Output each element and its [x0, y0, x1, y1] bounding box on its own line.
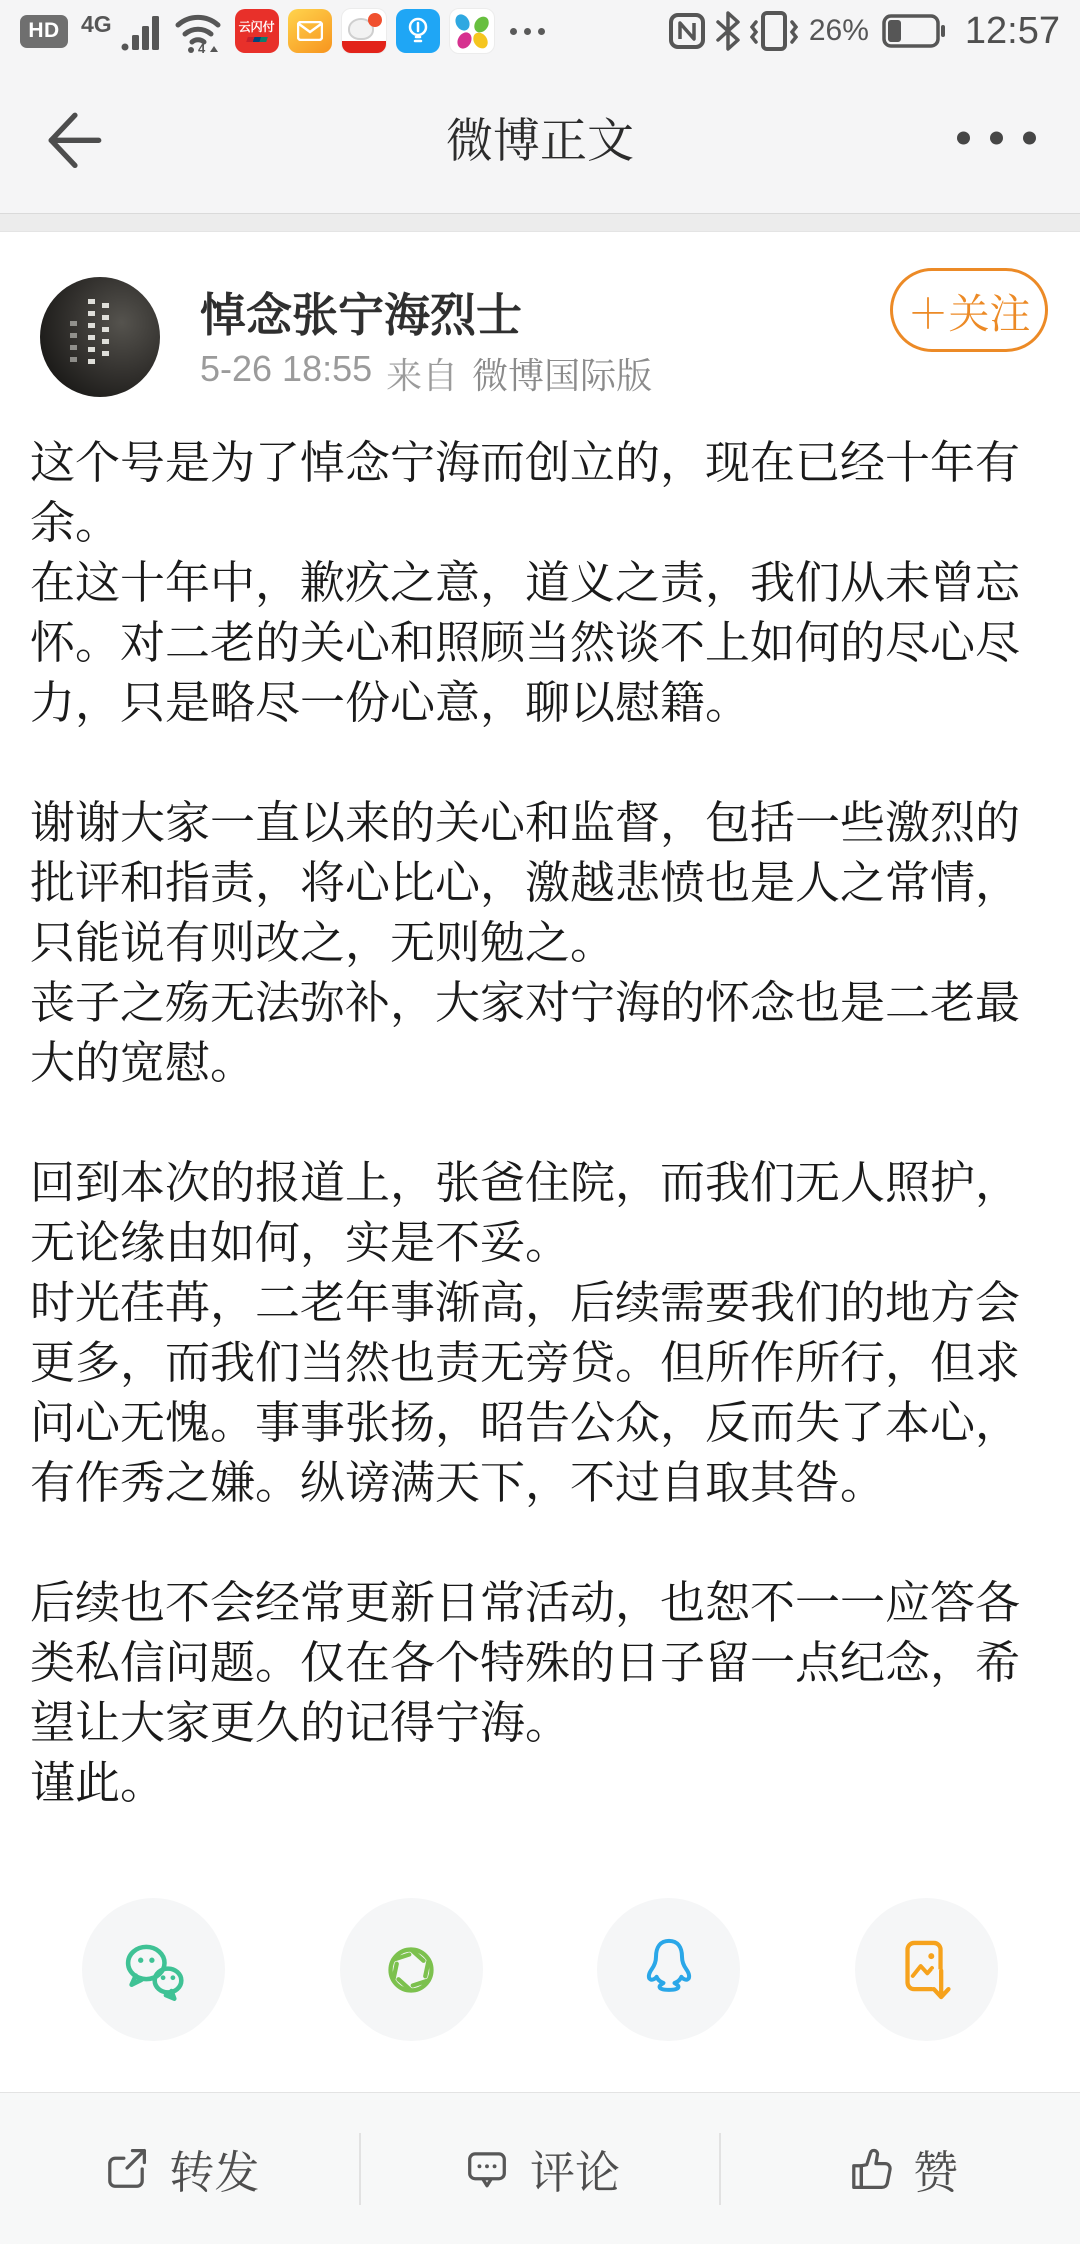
post-body-text: 这个号是为了悼念宁海而创立的，现在已经十年有余。 在这十年中，歉疚之意，道义之责…: [30, 433, 1050, 1813]
bottom-toolbar: 转发 评论 赞: [0, 2092, 1080, 2244]
section-divider: [0, 213, 1080, 232]
like-button[interactable]: 赞: [721, 2136, 1080, 2201]
post-source[interactable]: 微博国际版: [472, 348, 652, 399]
username[interactable]: 悼念张宁海烈士: [200, 279, 522, 345]
comment-icon: [460, 2142, 514, 2196]
share-moments-button[interactable]: [340, 1898, 483, 2041]
unionpay-app-icon: 云闪付: [235, 9, 279, 53]
promo-app-icon: [341, 8, 387, 54]
status-bar: HD 4G 4 云闪付: [0, 0, 1080, 62]
bulb-app-icon: [396, 9, 440, 53]
post-timestamp: 5-26 18:55: [200, 348, 372, 399]
qq-icon: [638, 1935, 700, 2005]
wechat-icon: [119, 1937, 189, 2003]
mail-app-icon: [288, 9, 332, 53]
more-menu-button[interactable]: [957, 131, 1036, 144]
wifi-icon: 4: [174, 9, 226, 53]
more-notifications-icon: [510, 28, 545, 35]
nav-bar: 微博正文: [0, 62, 1080, 213]
network-type-label: 4G: [81, 11, 112, 38]
nfc-icon: [668, 12, 706, 50]
share-qq-button[interactable]: [597, 1898, 740, 2041]
comment-label: 评论: [530, 2136, 620, 2201]
like-icon: [843, 2142, 897, 2196]
clock-label: 12:57: [965, 10, 1060, 53]
top-area: HD 4G 4 云闪付: [0, 0, 1080, 213]
moments-aperture-icon: [378, 1937, 444, 2003]
share-wechat-button[interactable]: [82, 1898, 225, 2041]
page-title: 微博正文: [446, 104, 634, 171]
hd-indicator-icon: HD: [20, 15, 68, 48]
share-row: [82, 1898, 998, 2041]
avatar[interactable]: [40, 277, 160, 397]
vibrate-icon: [750, 10, 798, 52]
signal-bars-icon: [121, 11, 165, 51]
repost-icon: [99, 2142, 153, 2196]
flower-app-icon: [449, 8, 495, 54]
source-prefix: 来自: [386, 348, 458, 399]
like-label: 赞: [913, 2136, 958, 2201]
share-save-image-button[interactable]: [855, 1898, 998, 2041]
back-button[interactable]: [38, 106, 104, 172]
battery-icon: [882, 14, 946, 48]
comment-button[interactable]: 评论: [361, 2136, 720, 2201]
follow-button[interactable]: ＋关注: [890, 268, 1048, 352]
wifi-generation-label: 4: [198, 41, 206, 53]
post-meta: 5-26 18:55 来自 微博国际版: [200, 348, 652, 399]
battery-percent-label: 26%: [809, 14, 869, 48]
bluetooth-icon: [715, 11, 741, 51]
repost-label: 转发: [169, 2136, 259, 2201]
back-arrow-icon: [38, 106, 104, 172]
save-image-icon: [893, 1935, 959, 2005]
post-header: 悼念张宁海烈士 5-26 18:55 来自 微博国际版 ＋关注: [0, 232, 1080, 397]
repost-button[interactable]: 转发: [0, 2136, 359, 2201]
